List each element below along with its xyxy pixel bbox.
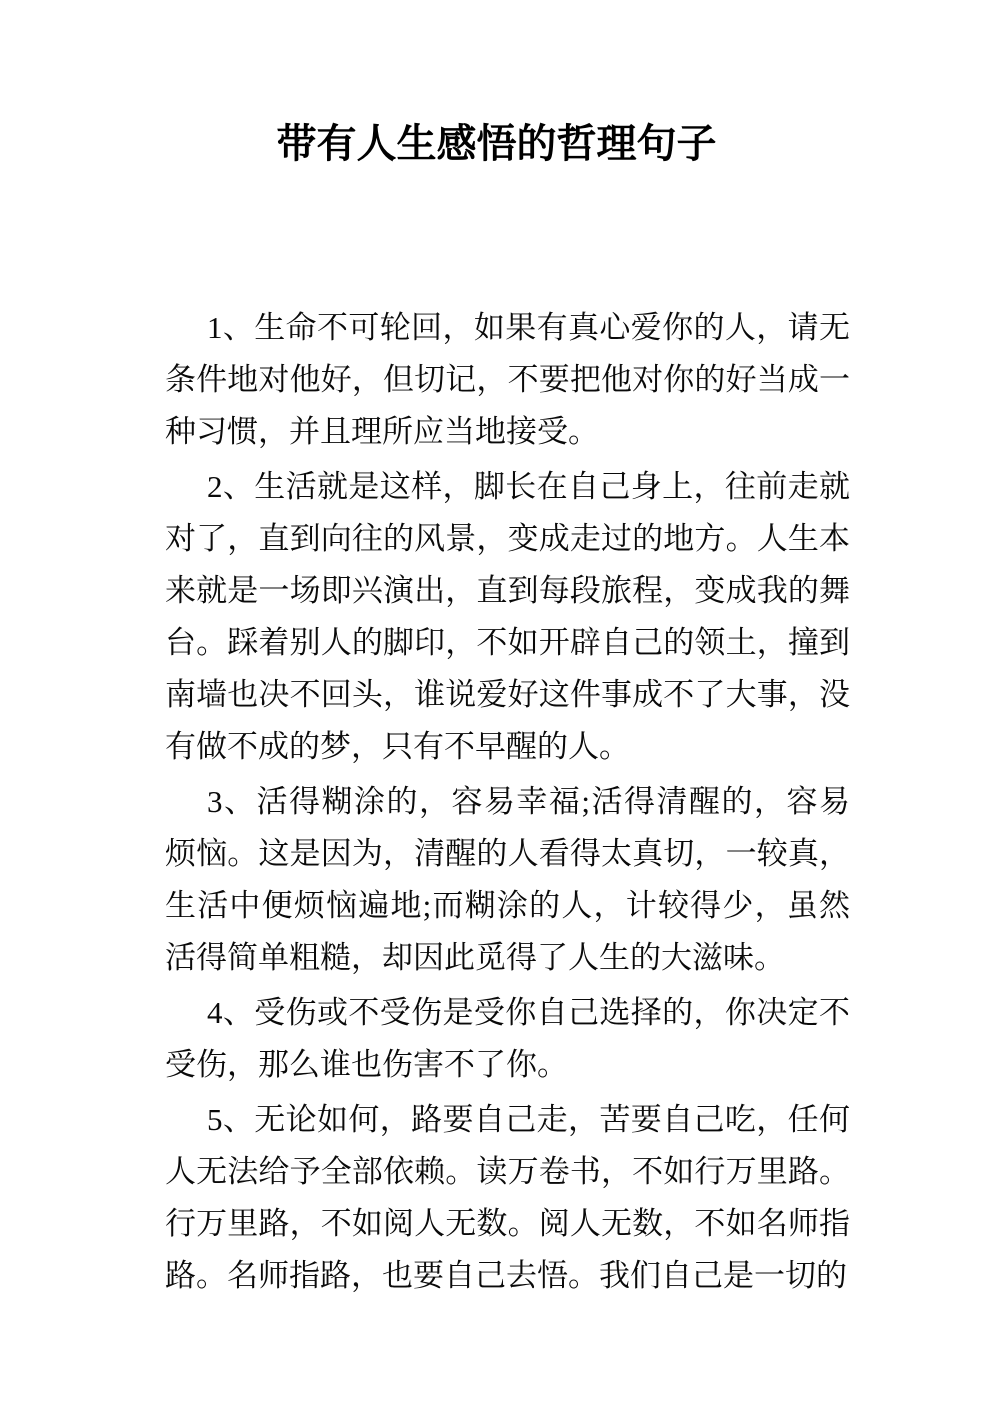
document-title: 带有人生感悟的哲理句子 bbox=[0, 0, 993, 170]
paragraph-2: 2、生活就是这样，脚长在自己身上，往前走就对了，直到向往的风景，变成走过的地方。… bbox=[165, 461, 850, 773]
document-body: 1、生命不可轮回，如果有真心爱你的人，请无条件地对他好，但切记，不要把他对你的好… bbox=[165, 302, 850, 1302]
paragraph-4: 4、受伤或不受伤是受你自己选择的，你决定不受伤，那么谁也伤害不了你。 bbox=[165, 987, 850, 1091]
paragraph-5: 5、无论如何，路要自己走，苦要自己吃，任何人无法给予全部依赖。读万卷书，不如行万… bbox=[165, 1094, 850, 1302]
paragraph-1: 1、生命不可轮回，如果有真心爱你的人，请无条件地对他好，但切记，不要把他对你的好… bbox=[165, 302, 850, 458]
paragraph-3: 3、活得糊涂的，容易幸福;活得清醒的，容易烦恼。这是因为，清醒的人看得太真切，一… bbox=[165, 776, 850, 984]
document-page: 带有人生感悟的哲理句子 1、生命不可轮回，如果有真心爱你的人，请无条件地对他好，… bbox=[0, 0, 993, 1404]
